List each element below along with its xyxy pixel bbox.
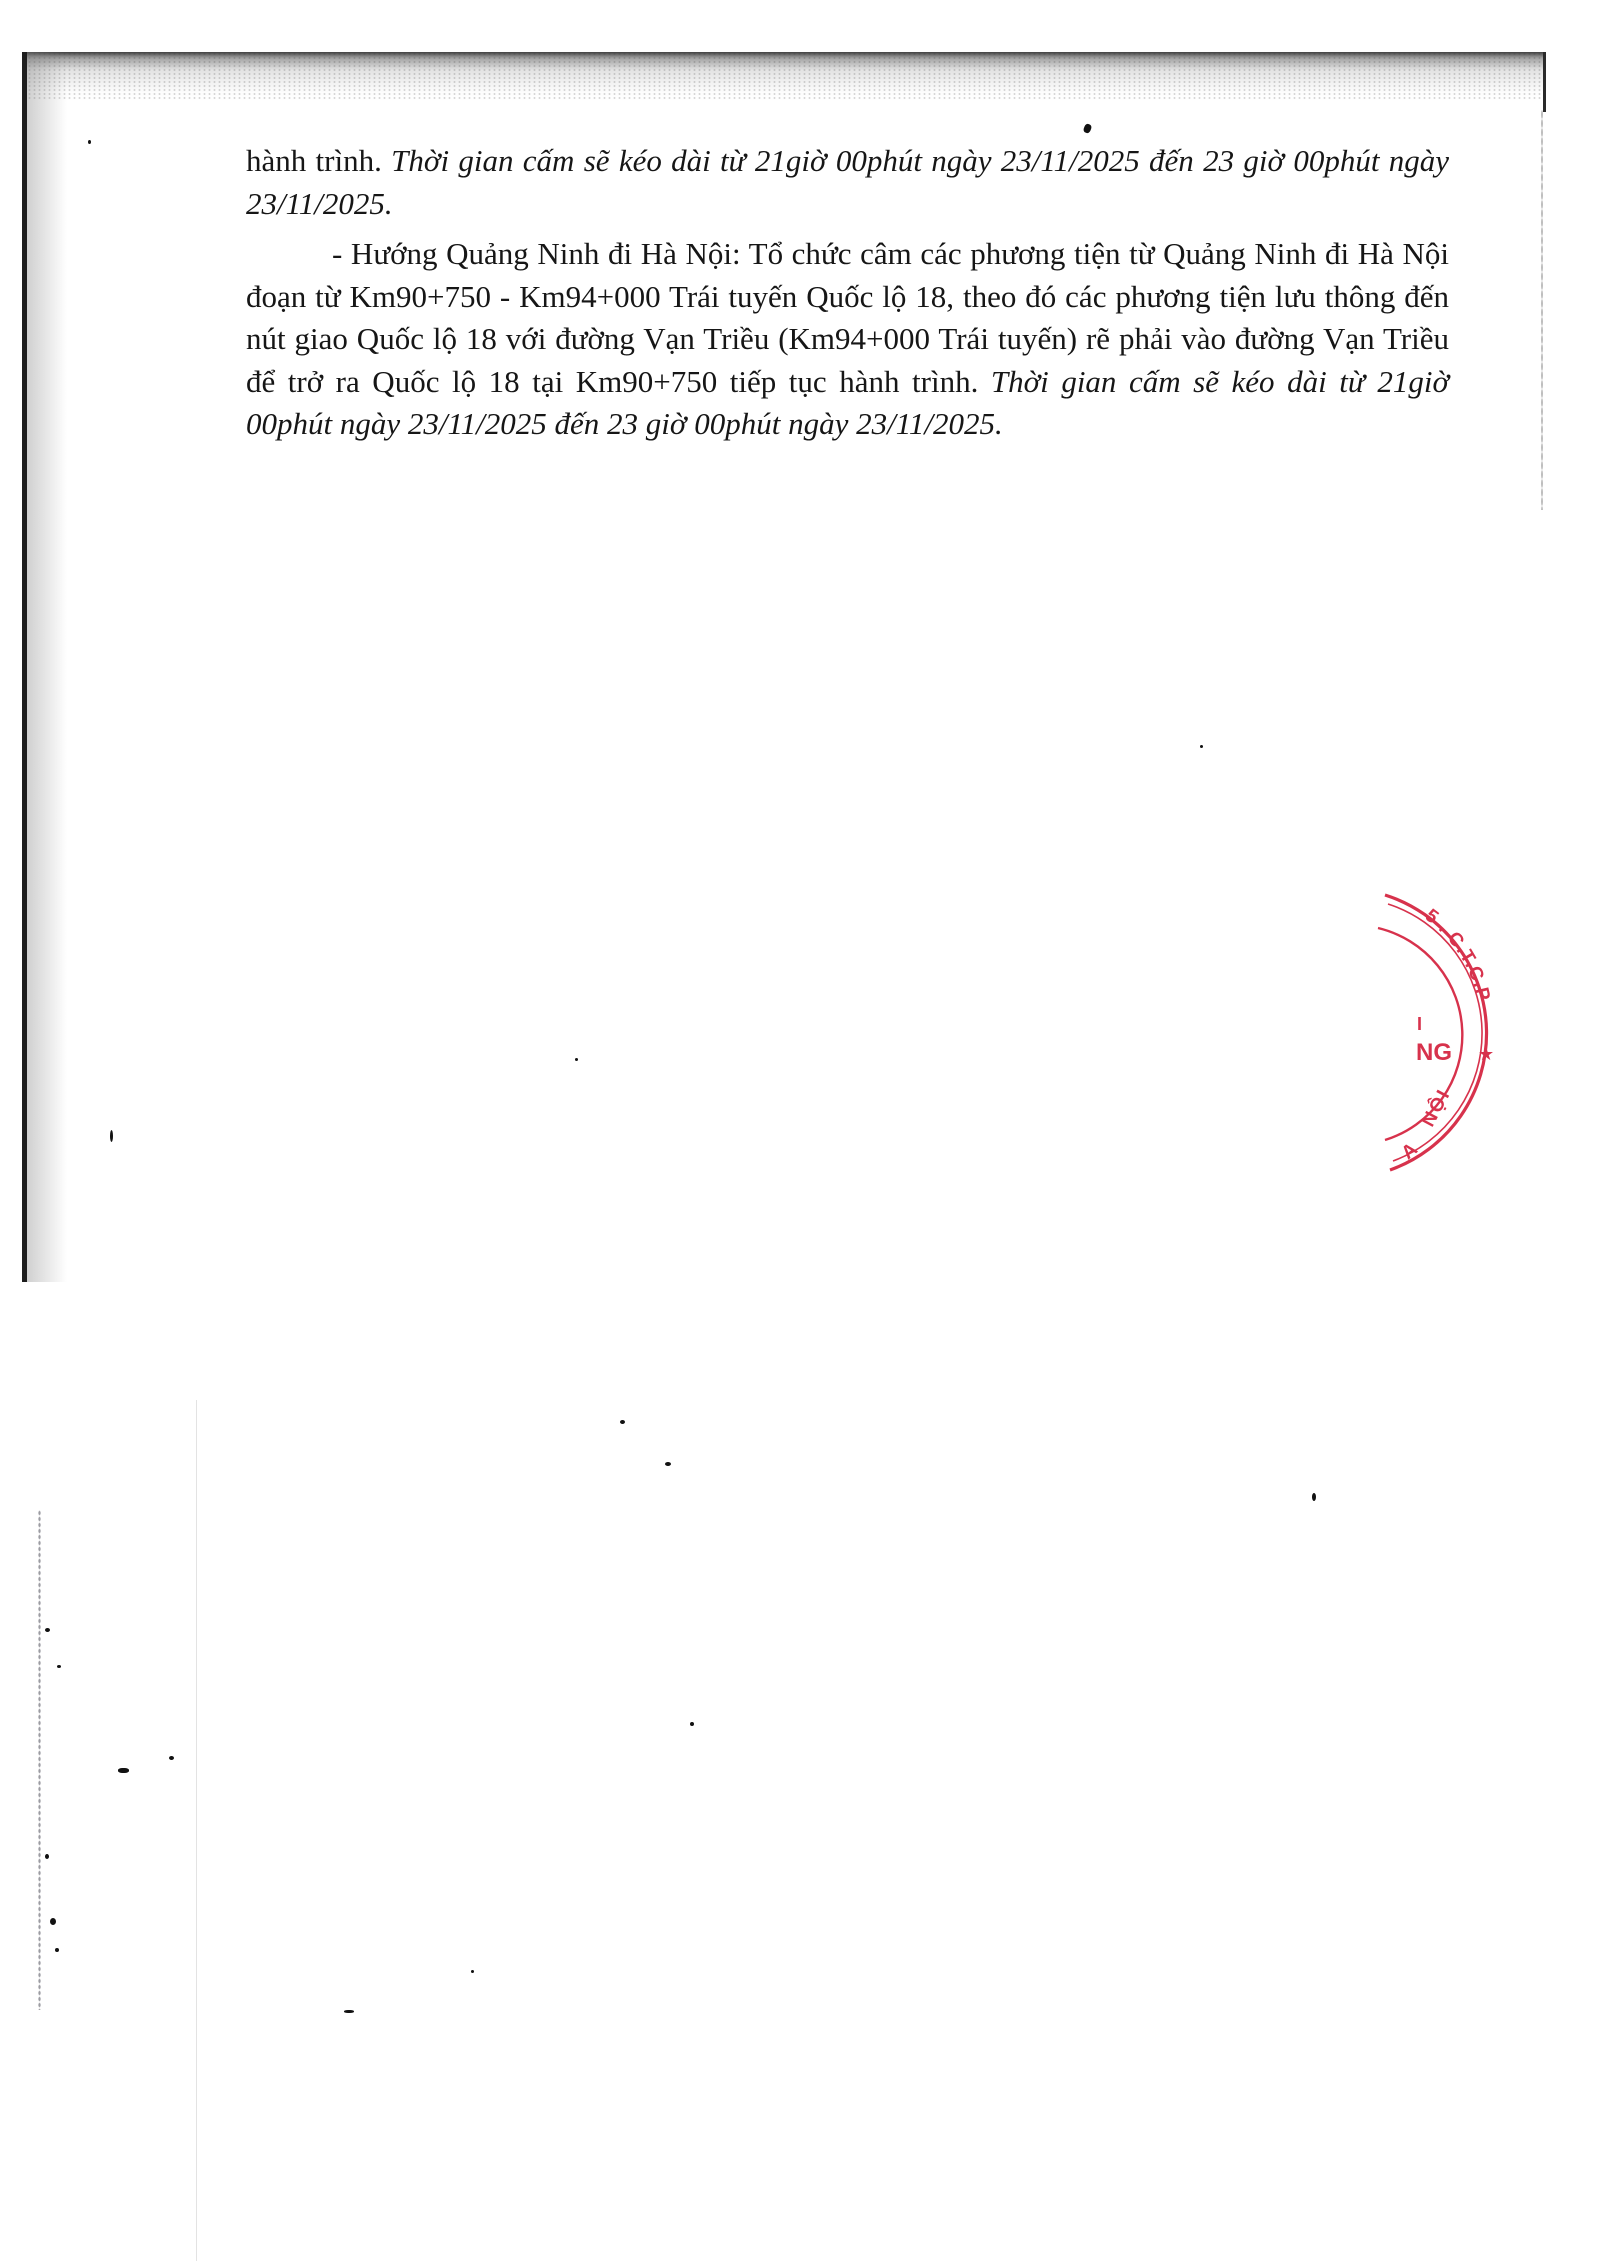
scan-shadow-top xyxy=(22,52,1545,100)
document-body: hành trình. Thời gian cấm sẽ kéo dài từ … xyxy=(246,140,1449,446)
scan-border-right xyxy=(1543,52,1546,112)
paragraph-text: hành trình. xyxy=(246,143,391,178)
stamp-center-text: NG xyxy=(1416,1039,1452,1066)
star-icon: ★ xyxy=(1478,1044,1494,1065)
svg-text:5 . C.T.C.P: 5 . C.T.C.P xyxy=(1421,905,1494,1003)
scan-noise-left xyxy=(38,1510,41,2010)
company-seal-stamp: 5 . C.T.C.P NỘI A NG I ★ xyxy=(1210,890,1500,1180)
scan-noise-right xyxy=(1541,110,1543,510)
scan-fold-line xyxy=(196,1400,197,2261)
stamp-lower-text-2: A xyxy=(1398,1139,1422,1164)
paragraph-continuation: hành trình. Thời gian cấm sẽ kéo dài từ … xyxy=(246,140,1449,225)
ban-time-note: Thời gian cấm sẽ kéo dài từ 21giờ 00phút… xyxy=(246,143,1449,221)
scan-shadow-left xyxy=(27,52,67,1282)
stamp-center-mark: I xyxy=(1417,1014,1422,1034)
stamp-outer-text: 5 . C.T.C.P xyxy=(1421,905,1494,1003)
stamp-lower-text: NỘI xyxy=(1417,1085,1455,1130)
seal-icon: 5 . C.T.C.P NỘI A NG I ★ xyxy=(1210,890,1500,1180)
paragraph-quang-ninh-to-ha-noi: - Hướng Quảng Ninh đi Hà Nội: Tổ chức câ… xyxy=(246,233,1449,446)
